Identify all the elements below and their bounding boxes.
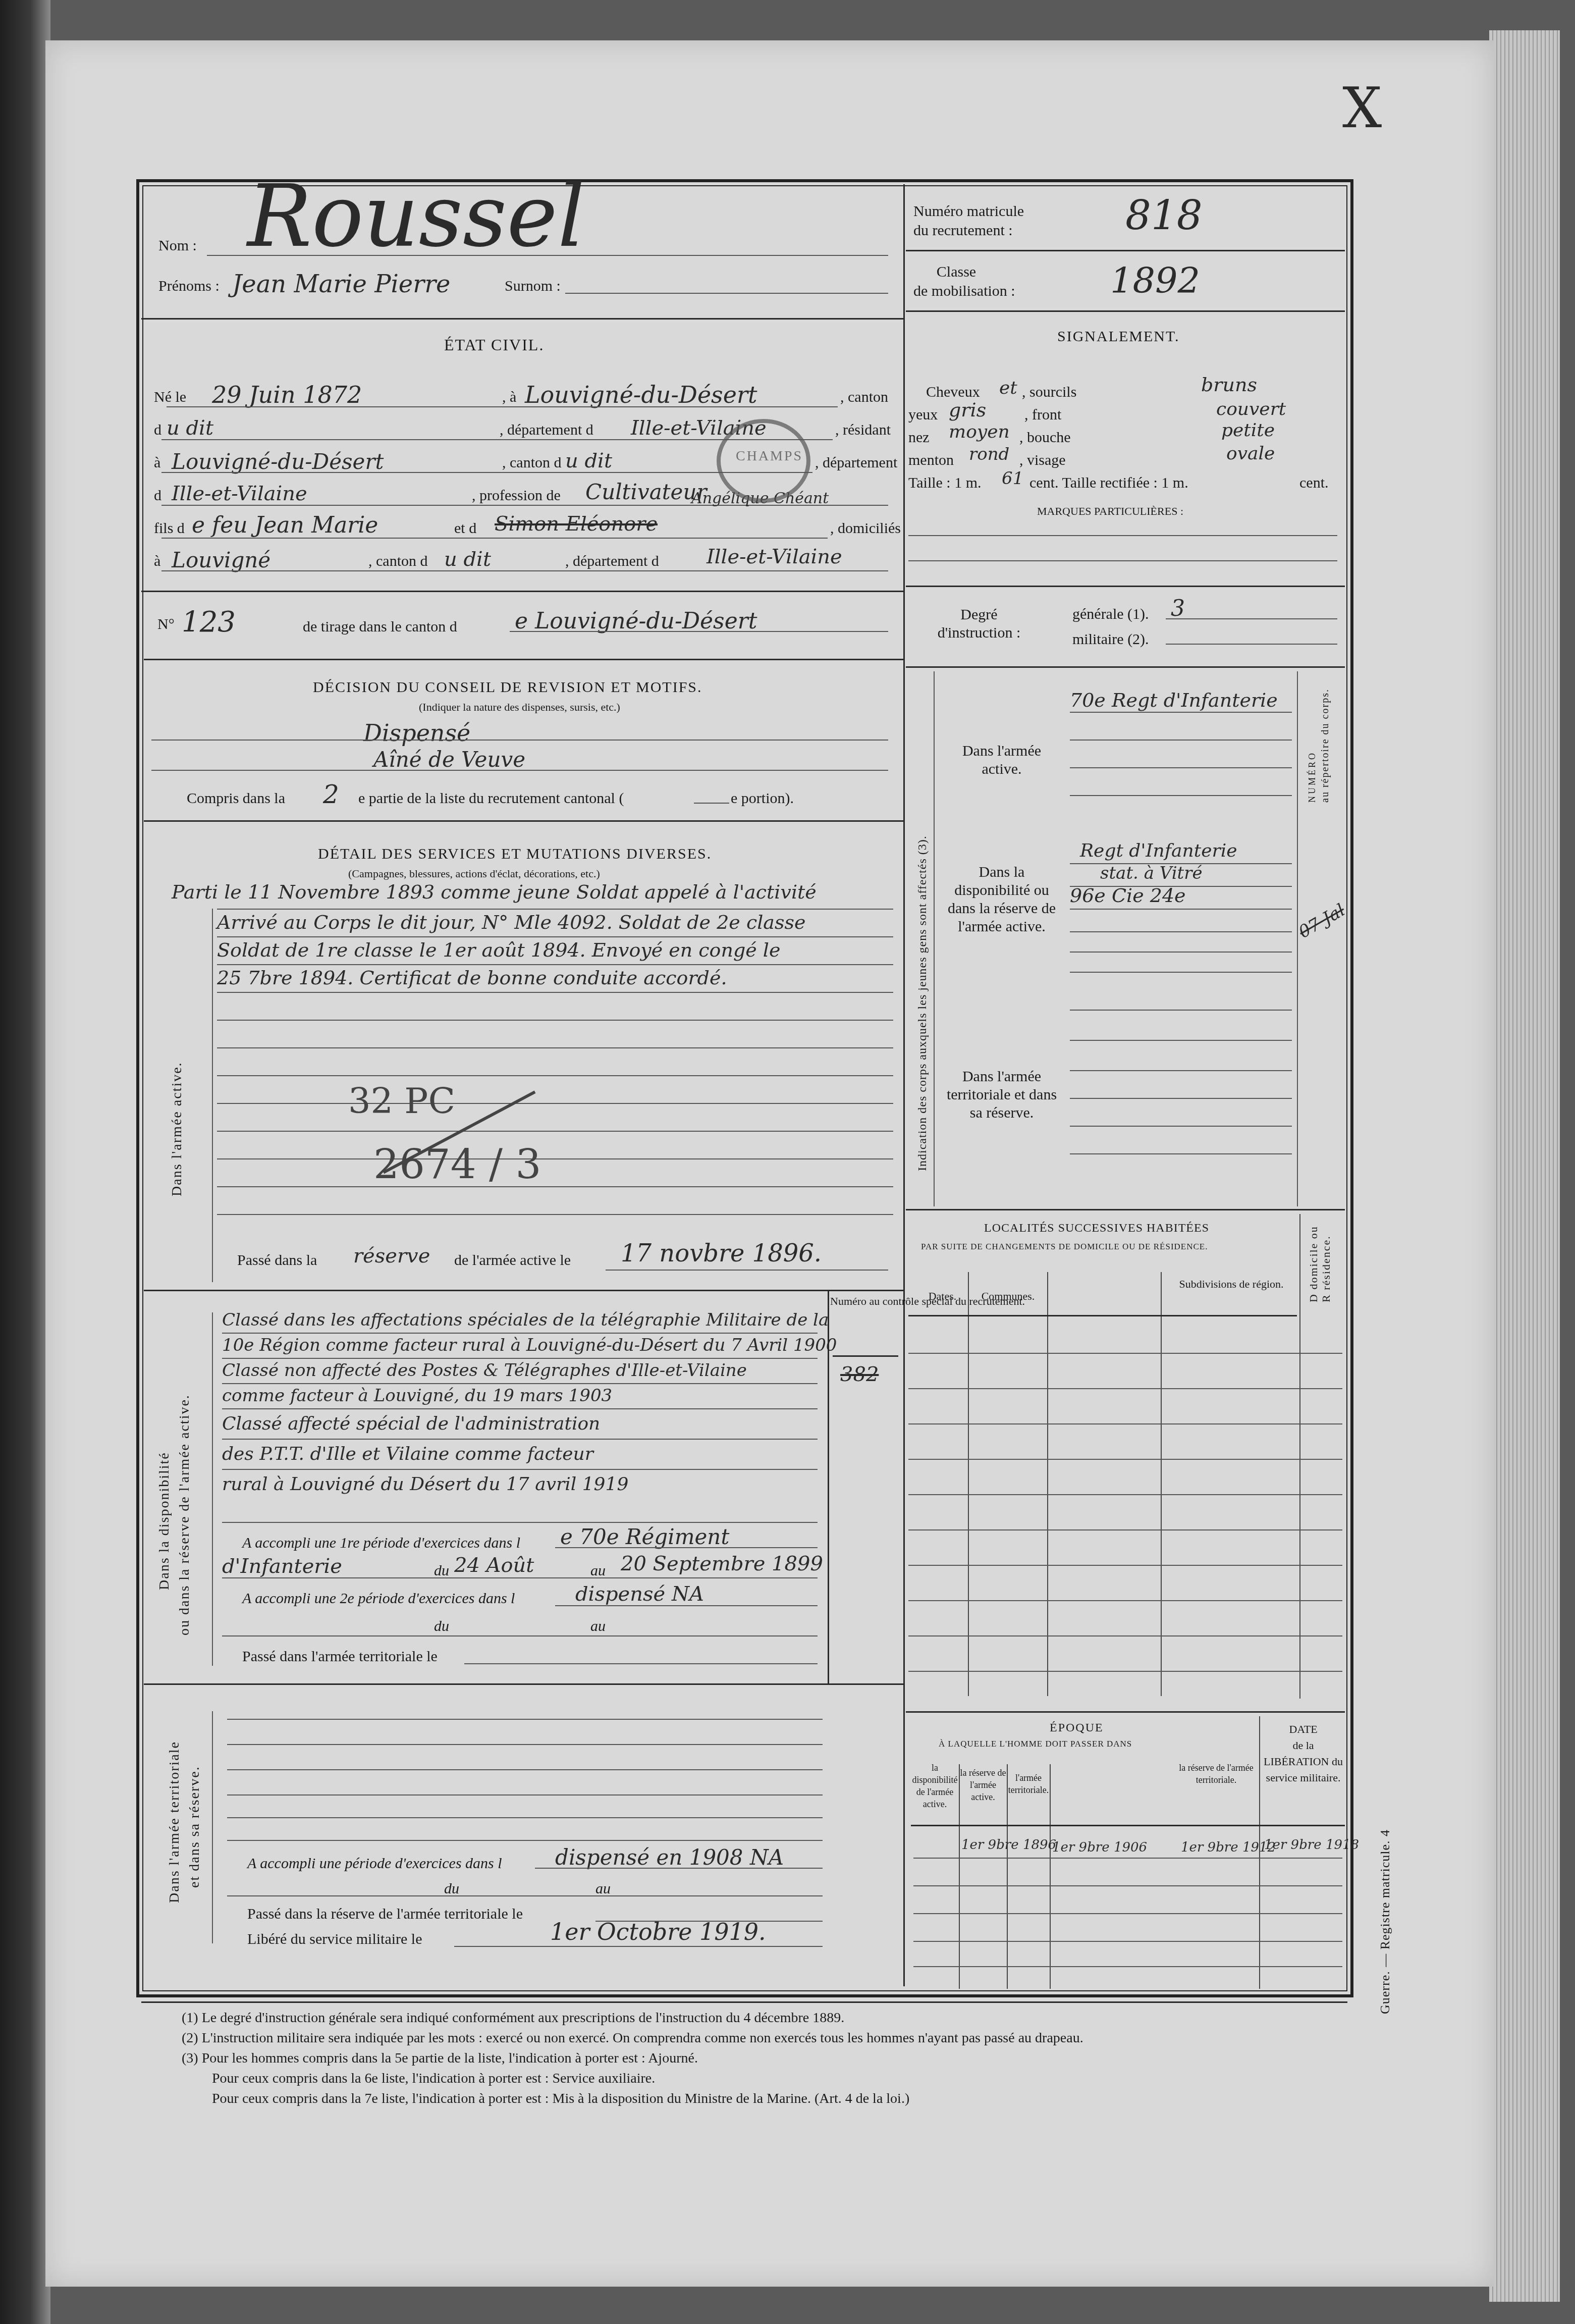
- divider: [906, 250, 1345, 251]
- field-line: [217, 936, 893, 937]
- numero-controle-value: 382: [840, 1363, 879, 1386]
- residant-label: , résidant: [835, 421, 891, 439]
- dispo-line-1: Classé dans les affectations spéciales d…: [222, 1310, 829, 1330]
- corps-active-label: Dans l'armée active.: [944, 742, 1060, 778]
- field-line: [1070, 767, 1292, 768]
- epoque-value-reserve-active: 1er 9bre 1896: [961, 1837, 1056, 1853]
- canton-value-2: u dit: [565, 449, 612, 472]
- tirage-label: de tirage dans le canton d: [303, 618, 457, 636]
- row-line: [908, 1423, 1342, 1424]
- decision-line-1: Dispensé: [363, 719, 470, 747]
- field-line: [908, 560, 1337, 561]
- field-line: [227, 1817, 823, 1818]
- field-line: [217, 1186, 893, 1187]
- field-line: [222, 1577, 818, 1578]
- a-label-3: à: [154, 553, 160, 570]
- tirage-no-label: N°: [157, 616, 175, 633]
- divider: [144, 1683, 903, 1685]
- territoriale-au-label: au: [595, 1880, 611, 1897]
- passe-suffix: de l'armée active le: [454, 1252, 571, 1269]
- field-line: [167, 406, 838, 407]
- localites-side-label-2: R résidence.: [1320, 1235, 1333, 1302]
- service-line-4: 25 7bre 1894. Certificat de bonne condui…: [217, 967, 727, 989]
- field-line: [217, 992, 893, 993]
- tirage-no-value: 123: [182, 606, 236, 639]
- field-line: [227, 1794, 823, 1795]
- field-line: [222, 1383, 818, 1384]
- field-line: [464, 1663, 818, 1664]
- corps-side-label: Indication des corps auxquels les jeunes…: [916, 835, 930, 1171]
- territoriale-periode-label: A accompli une période d'exercices dans …: [247, 1855, 502, 1872]
- field-line: [1070, 795, 1292, 796]
- field-line: [222, 1635, 818, 1636]
- corps-active-value: 70e Regt d'Infanterie: [1070, 689, 1278, 711]
- territoriale-side-label-2: et dans sa réserve.: [187, 1766, 203, 1888]
- d-label-2: d: [154, 487, 161, 504]
- compris-label: Compris dans la: [187, 790, 285, 807]
- periode1-au: 20 Septembre 1899: [621, 1552, 823, 1575]
- margin-register-label: Guerre. — Registre matricule. 4: [1378, 1829, 1393, 2014]
- page-edges: [1489, 30, 1560, 2302]
- d-label: d: [154, 421, 161, 439]
- matricule-label-1: Numéro matricule: [913, 202, 999, 221]
- passe-date: 17 novbre 1896.: [621, 1239, 822, 1267]
- nez-value: moyen: [949, 421, 1010, 442]
- side-brace: [212, 909, 213, 1282]
- etat-civil-title: ÉTAT CIVIL.: [444, 336, 544, 354]
- sourcils-value: bruns: [1201, 374, 1257, 396]
- menton-value: rond: [969, 444, 1009, 464]
- field-line: [1070, 1070, 1292, 1071]
- surnom-line: [565, 293, 888, 294]
- repertoire-numero-label: NUMÉRO: [1307, 751, 1318, 803]
- field-line: [161, 538, 828, 539]
- divider: [141, 591, 903, 592]
- corps-dispo-value-3: 96e Cie 24e: [1070, 884, 1186, 907]
- matricule-value: 818: [1125, 192, 1203, 239]
- visage-label: , visage: [1019, 452, 1066, 469]
- localites-col-communes: Communes.: [971, 1290, 1045, 1303]
- date-naissance: 29 Juin 1872: [212, 381, 362, 408]
- portion-suffix: e portion).: [731, 790, 794, 807]
- field-line: [908, 535, 1337, 536]
- column-divider: [1299, 1214, 1300, 1699]
- field-line: [535, 1868, 823, 1869]
- dispo-line-3: Classé non affecté des Postes & Télégrap…: [222, 1360, 747, 1381]
- periode1-value: e 70e Régiment: [560, 1524, 729, 1549]
- instruction-militaire-label: militaire (2).: [1072, 631, 1149, 648]
- field-line: [222, 1469, 818, 1470]
- canton-value: u dit: [167, 416, 213, 440]
- field-line: [217, 909, 893, 910]
- profession-value: Cultivateur: [585, 480, 707, 504]
- field-line: [1166, 644, 1337, 645]
- bouche-label: , bouche: [1019, 429, 1071, 446]
- divider: [906, 666, 1345, 668]
- disponibilite-side-label-1: Dans la disponibilité: [156, 1452, 173, 1590]
- yeux-value: gris: [949, 399, 986, 421]
- services-subtitle: (Campagnes, blessures, actions d'éclat, …: [348, 867, 600, 880]
- periode1-du-label: du: [434, 1562, 449, 1579]
- dispo-line-6: des P.T.T. d'Ille et Vilaine comme facte…: [222, 1444, 593, 1464]
- column-divider: [1047, 1272, 1048, 1696]
- field-line: [1070, 909, 1292, 910]
- field-line: [1166, 618, 1337, 619]
- divider: [906, 586, 1345, 587]
- book-binding-left: [0, 0, 50, 2324]
- periode2-au-label: au: [590, 1618, 606, 1635]
- departement-label: , département d: [500, 421, 593, 439]
- footnote-4: Pour ceux compris dans la 6e liste, l'in…: [212, 2069, 655, 2089]
- field-line: [1070, 1010, 1292, 1011]
- header-underline: [908, 1315, 1297, 1316]
- services-title: DÉTAIL DES SERVICES ET MUTATIONS DIVERSE…: [318, 846, 712, 863]
- nez-label: nez: [908, 429, 930, 446]
- field-line: [227, 1769, 823, 1770]
- prenoms-value: Jean Marie Pierre: [232, 270, 451, 298]
- localites-col-subdivisions: Subdivisions de région.: [1166, 1277, 1297, 1291]
- field-line: [1070, 712, 1292, 713]
- corps-dispo-value-1: Regt d'Infanterie: [1080, 840, 1237, 861]
- row-line: [908, 1353, 1342, 1354]
- profession-label: , profession de: [472, 487, 561, 504]
- field-line: [222, 1522, 818, 1523]
- repertoire-label: au répertoire du corps.: [1320, 689, 1331, 803]
- field-line: [1070, 1098, 1292, 1099]
- taille-value: 61: [1002, 468, 1023, 489]
- field-line: [217, 1131, 893, 1132]
- repertoire-divider: [1297, 671, 1298, 1206]
- annotation-1: 32 PC: [348, 1080, 455, 1122]
- dispo-line-4: comme facteur à Louvigné, du 19 mars 190…: [222, 1386, 612, 1406]
- signalement-title: SIGNALEMENT.: [1057, 328, 1180, 345]
- corner-mark: X: [1342, 76, 1382, 140]
- territoriale-periode-value: dispensé en 1908 NA: [555, 1845, 784, 1870]
- localites-col-dates: Dates.: [918, 1290, 966, 1303]
- cheveux-value: et: [999, 378, 1017, 398]
- dispo-line-5: Classé affecté spécial de l'administrati…: [222, 1413, 600, 1434]
- field-line: [1070, 1153, 1292, 1154]
- pere-value: e feu Jean Marie: [192, 512, 378, 538]
- epoque-col-disponibilite: la disponibilité de l'armée active.: [911, 1762, 959, 1810]
- row-line: [908, 1459, 1342, 1460]
- corps-territoriale-label: Dans l'armée territoriale et dans sa rés…: [944, 1068, 1060, 1122]
- bouche-value: petite: [1221, 420, 1275, 441]
- row-line: [908, 1388, 1342, 1389]
- divider: [144, 659, 903, 660]
- field-line: [555, 1605, 818, 1606]
- menton-label: menton: [908, 452, 954, 469]
- territoriale-side-label-1: Dans l'armée territoriale: [167, 1741, 183, 1903]
- column-divider: [1050, 1764, 1051, 1989]
- field-line: [1070, 1126, 1292, 1127]
- service-line-2: Arrivé au Corps le dit jour, N° Mle 4092…: [217, 911, 805, 933]
- divider: [144, 1290, 903, 1291]
- departement-label-3: , département d: [565, 553, 659, 570]
- matricule-label: Numéro matricule du recrutement :: [913, 202, 999, 240]
- instruction-label-1: Degré: [929, 606, 1029, 624]
- field-line: [227, 1744, 823, 1745]
- services-side-label: Dans l'armée active.: [169, 1062, 185, 1196]
- field-line: [222, 1439, 818, 1440]
- official-stamp: CHAMPS: [717, 419, 810, 503]
- row-line: [913, 1885, 1342, 1886]
- front-label: , front: [1024, 406, 1061, 424]
- footnote-2: (2) L'instruction militaire sera indiqué…: [182, 2028, 1083, 2048]
- classe-label-1: Classe: [913, 262, 999, 282]
- row-line: [908, 1529, 1342, 1530]
- liberation-value: 1er 9bre 1918: [1264, 1837, 1359, 1853]
- row-line: [913, 1966, 1342, 1967]
- localites-subtitle: PAR SUITE DE CHANGEMENTS DE DOMICILE OU …: [921, 1242, 1208, 1252]
- decision-line-2: Aîné de Veuve: [373, 747, 525, 772]
- compris-suffix: e partie de la liste du recrutement cant…: [358, 790, 624, 807]
- divider: [906, 1711, 1345, 1713]
- field-line: [222, 1358, 818, 1359]
- field-line: [217, 1047, 893, 1048]
- lieu-naissance: Louvigné-du-Désert: [525, 381, 757, 408]
- canton-value-3: u dit: [444, 548, 491, 571]
- visage-value: ovale: [1226, 443, 1275, 464]
- domicile-value: Louvigné: [172, 548, 270, 572]
- localites-side-label-1: D domicile ou: [1307, 1226, 1320, 1302]
- numero-controle-label: Numéro au contrôle spécial du recrutemen…: [830, 1295, 901, 1308]
- service-line-1: Parti le 11 Novembre 1893 comme jeune So…: [172, 881, 817, 903]
- field-line: [454, 1946, 823, 1947]
- field-line: [217, 1075, 893, 1076]
- front-value: couvert: [1216, 399, 1286, 419]
- field-line: [227, 1895, 823, 1896]
- mere-value: Simon Eléonore: [495, 512, 658, 536]
- instruction-label-2: d'instruction :: [929, 624, 1029, 642]
- localites-title: LOCALITÉS SUCCESSIVES HABITÉES: [984, 1222, 1209, 1235]
- periode2-value: dispensé NA: [575, 1582, 704, 1606]
- classe-label-2: de mobilisation :: [913, 282, 999, 301]
- epoque-value-territoriale: 1er 9bre 1906: [1052, 1840, 1147, 1855]
- field-line: [217, 964, 893, 965]
- periode1-au-label: au: [590, 1562, 606, 1579]
- field-line: [217, 1158, 893, 1159]
- taille-suffix: cent. Taille rectifiée : 1 m.: [1029, 474, 1188, 492]
- divider: [833, 1355, 898, 1357]
- field-line: [151, 740, 888, 741]
- passe-label: Passé dans la: [237, 1252, 317, 1269]
- domicilies-label: , domiciliés: [830, 520, 901, 537]
- row-line: [908, 1671, 1342, 1672]
- field-line: [227, 1719, 823, 1720]
- surnom-label: Surnom :: [505, 278, 561, 295]
- field-line: [1070, 931, 1292, 932]
- liberation-title: DATE: [1262, 1721, 1345, 1737]
- divider: [906, 310, 1345, 312]
- instruction-generale-value: 3: [1171, 596, 1185, 621]
- corps-dispo-label: Dans la disponibilité ou dans la réserve…: [944, 863, 1060, 936]
- epoque-col-reserve-active: la réserve de l'armée active.: [960, 1767, 1006, 1803]
- field-line: [222, 1408, 818, 1409]
- side-brace: [934, 671, 935, 1206]
- classe-value: 1892: [1110, 260, 1200, 301]
- partie-value: 2: [323, 780, 339, 809]
- portion-line: [694, 803, 729, 804]
- periode1-line2: d'Infanterie: [222, 1555, 342, 1578]
- annotation-2: 2674 / 3: [373, 1141, 541, 1188]
- libere-value: 1er Octobre 1919.: [550, 1918, 766, 1945]
- canton-label: , canton: [840, 389, 888, 406]
- departement-label-2: , département: [815, 454, 897, 471]
- disponibilite-side-label-2: ou dans la réserve de l'armée active.: [177, 1394, 193, 1635]
- row-line: [908, 1635, 1342, 1636]
- residence-value: Louvigné-du-Désert: [172, 449, 384, 474]
- field-line: [217, 1103, 893, 1104]
- row-line: [908, 1565, 1342, 1566]
- yeux-label: yeux: [908, 406, 938, 424]
- divider: [144, 820, 903, 822]
- sourcils-label: , sourcils: [1022, 384, 1076, 401]
- field-line: [161, 570, 888, 571]
- epoque-col-territoriale: l'armée territoriale.: [1008, 1772, 1049, 1796]
- service-line-3: Soldat de 1re classe le 1er août 1894. E…: [217, 939, 781, 961]
- epoque-subtitle: À LAQUELLE L'HOMME DOIT PASSER DANS: [939, 1739, 1132, 1749]
- periode1-du: 24 Août: [454, 1554, 534, 1577]
- matricule-label-2: du recrutement :: [913, 221, 999, 240]
- periode2-du-label: du: [434, 1618, 449, 1635]
- field-line: [1070, 1040, 1292, 1041]
- footnote-5: Pour ceux compris dans la 7e liste, l'in…: [212, 2089, 909, 2109]
- stamp-text: CHAMPS: [736, 448, 803, 464]
- passe-territoriale-label: Passé dans l'armée territoriale le: [242, 1648, 438, 1665]
- field-line: [606, 1270, 888, 1271]
- departement-value-2: Ille-et-Vilaine: [172, 482, 307, 505]
- column-divider: [1007, 1764, 1008, 1989]
- instruction-label: Degré d'instruction :: [929, 606, 1029, 642]
- epoque-value-reserve-territoriale: 1er 9bre 1912: [1181, 1840, 1276, 1855]
- column-divider: [968, 1272, 969, 1696]
- divider: [141, 318, 903, 320]
- side-brace: [212, 1312, 213, 1666]
- field-line: [217, 1214, 893, 1215]
- epoque-col-reserve-territoriale-label: la réserve de l'armée territoriale.: [1176, 1762, 1257, 1786]
- divider: [906, 1209, 1345, 1210]
- decision-subtitle: (Indiquer la nature des dispenses, sursi…: [419, 701, 620, 714]
- row-line: [913, 1913, 1342, 1914]
- row-line: [913, 1858, 1342, 1859]
- territoriale-du-label: du: [444, 1880, 459, 1897]
- nom-line: [207, 255, 888, 256]
- field-line: [151, 770, 888, 771]
- header-underline: [911, 1825, 1345, 1826]
- classe-label: Classe de mobilisation :: [913, 262, 999, 301]
- field-line: [1070, 952, 1292, 953]
- fils-label: fils d: [154, 520, 185, 537]
- instruction-generale-label: générale (1).: [1072, 606, 1149, 623]
- territoriale-reserve-label: Passé dans la réserve de l'armée territo…: [247, 1906, 523, 1923]
- main-column-divider: [903, 184, 905, 1986]
- row-line: [908, 1600, 1342, 1601]
- departement-value-3: Ille-et-Vilaine: [707, 545, 842, 568]
- nom-value: Roussel: [247, 167, 585, 267]
- marques-title: MARQUES PARTICULIÈRES :: [1037, 505, 1183, 518]
- a-label-2: à: [154, 454, 160, 471]
- column-divider: [1161, 1272, 1162, 1696]
- side-brace: [212, 1711, 213, 1943]
- periode2-label: A accompli une 2e période d'exercices da…: [242, 1590, 515, 1607]
- tirage-canton-value: e Louvigné-du-Désert: [515, 608, 757, 634]
- footnote-3: (3) Pour les hommes compris dans la 5e p…: [182, 2048, 698, 2069]
- field-line: [161, 472, 812, 473]
- nom-label: Nom :: [158, 237, 197, 254]
- epoque-title: ÉPOQUE: [1050, 1721, 1104, 1735]
- ne-le-label: Né le: [154, 389, 186, 406]
- canton-label-2: , canton d: [502, 454, 561, 471]
- passe-value: réserve: [353, 1244, 430, 1267]
- field-line: [227, 1840, 823, 1841]
- libere-label: Libéré du service militaire le: [247, 1931, 422, 1948]
- footnotes-top-rule: [141, 2001, 1347, 2003]
- a-label: , à: [502, 389, 516, 406]
- liberation-header: DATE de la LIBÉRATION du service militai…: [1262, 1721, 1345, 1786]
- field-line: [222, 1333, 818, 1334]
- canton-label-3: , canton d: [368, 553, 427, 570]
- periode1-label: A accompli une 1re période d'exercices d…: [242, 1535, 520, 1552]
- field-line: [510, 631, 888, 632]
- corps-dispo-value-2: stat. à Vitré: [1100, 863, 1203, 883]
- field-line: [1070, 972, 1292, 973]
- taille-label: Taille : 1 m.: [908, 474, 982, 492]
- et-label: et d: [454, 520, 476, 537]
- dispo-line-7: rural à Louvigné du Désert du 17 avril 1…: [222, 1474, 628, 1495]
- liberation-label: de la LIBÉRATION du service militaire.: [1262, 1737, 1345, 1786]
- field-line: [1070, 740, 1292, 741]
- row-line: [908, 1494, 1342, 1495]
- field-line: [555, 1547, 818, 1548]
- taille-rect-suffix: cent.: [1299, 474, 1328, 492]
- footnote-1: (1) Le degré d'instruction générale sera…: [182, 2008, 844, 2028]
- decision-title: DÉCISION DU CONSEIL DE REVISION ET MOTIF…: [313, 679, 702, 696]
- dispo-line-2: 10e Région comme facteur rural à Louvign…: [222, 1335, 837, 1355]
- prenoms-label: Prénoms :: [158, 278, 220, 295]
- cheveux-label: Cheveux: [926, 384, 980, 401]
- row-line: [913, 1941, 1342, 1942]
- field-line: [217, 1020, 893, 1021]
